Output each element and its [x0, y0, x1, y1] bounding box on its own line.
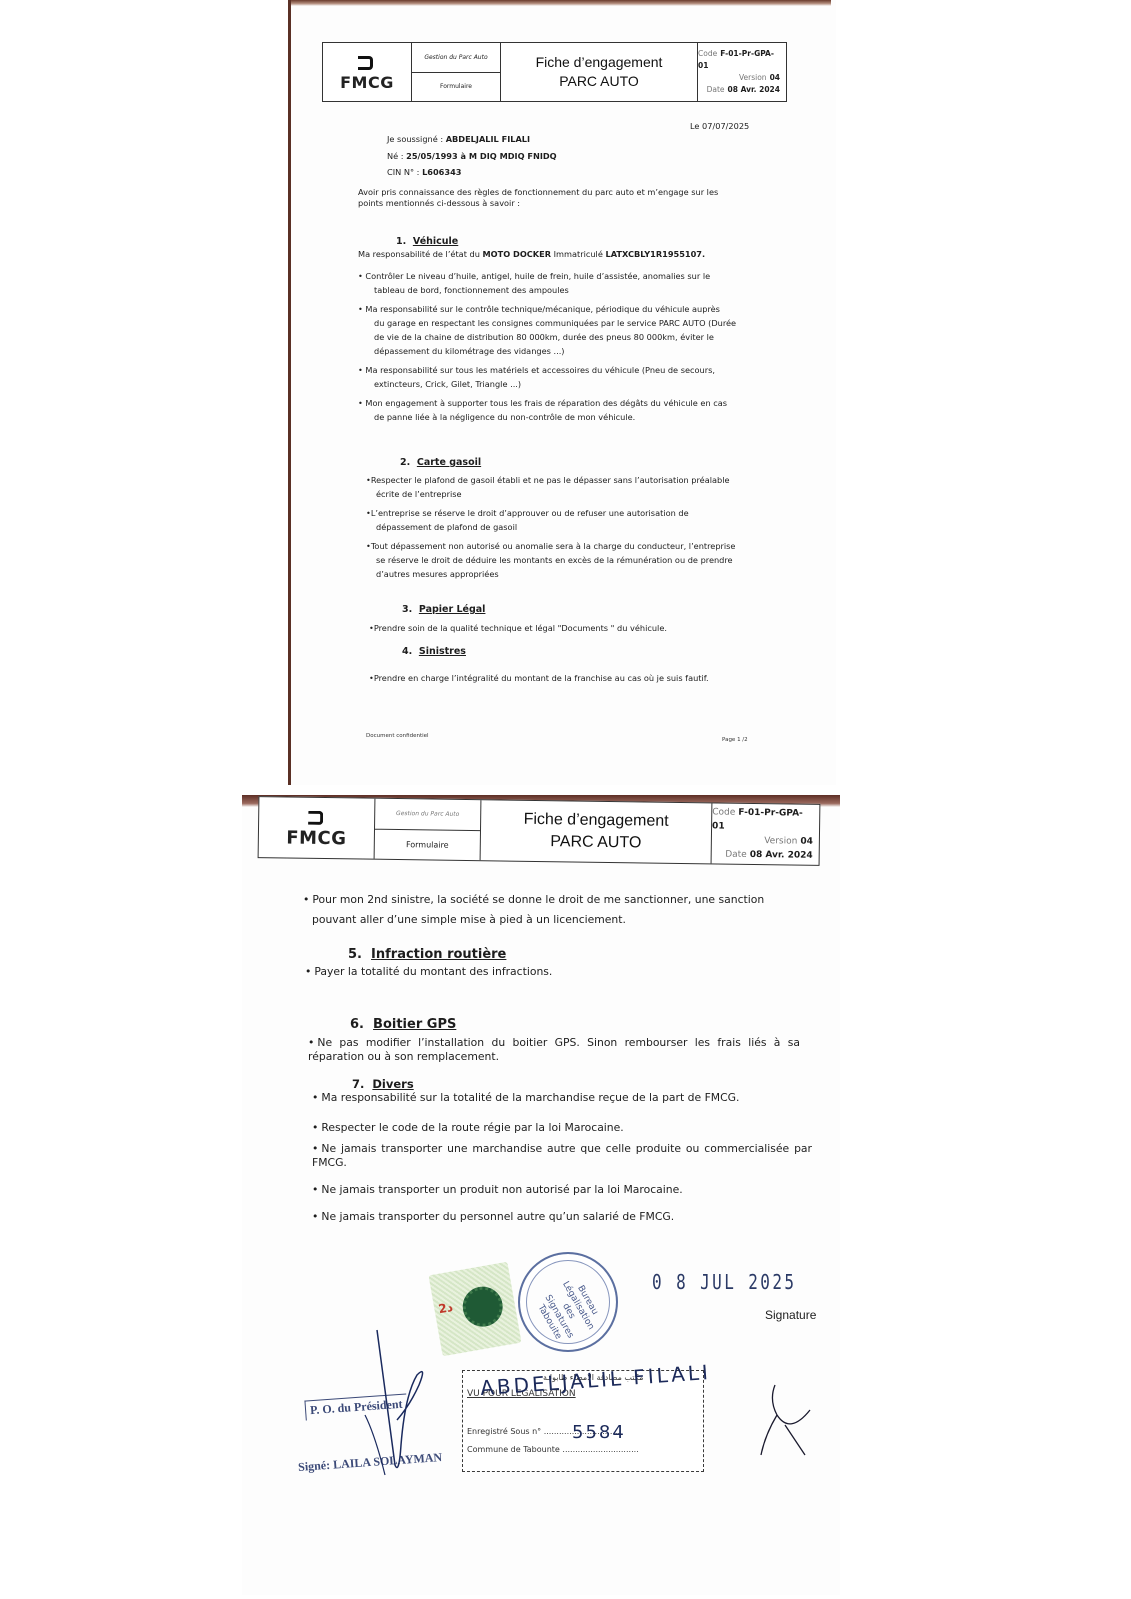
section-title: Divers: [372, 1077, 413, 1091]
bullet-line: extincteurs, Crick, Gilet, Triangle ...): [374, 378, 521, 392]
header-meta: Gestion du Parc Auto Formulaire: [412, 43, 501, 101]
footer-page-number: Page 1 /2: [722, 737, 748, 743]
fmcg-arrow-icon: [358, 53, 376, 69]
cin-label: CIN N° :: [387, 167, 419, 177]
section-7-bullet: Ma responsabilité sur la totalité de la …: [312, 1091, 739, 1105]
bullet-line: •Tout dépassement non autorisé ou anomal…: [366, 540, 735, 554]
bullet-line: • Contrôler Le niveau d’huile, antigel, …: [358, 270, 710, 284]
vehicle-plate: LATXCBLY1R1955107.: [605, 249, 705, 259]
section-number: 3.: [402, 604, 412, 615]
sinistre-continuation-1: Pour mon 2nd sinistre, la société se don…: [303, 893, 764, 907]
bullet-line: du garage en respectant les consignes co…: [374, 317, 736, 331]
section-7-bullet: Ne jamais transporter une marchandise au…: [312, 1142, 812, 1170]
section-title: Boitier GPS: [373, 1017, 456, 1032]
employee-signature: [755, 1380, 825, 1460]
intro-line-2: points mentionnés ci-dessous à savoir :: [358, 197, 520, 211]
section-4-heading: 4. Sinistres: [402, 645, 466, 659]
section-number: 6.: [350, 1017, 364, 1032]
section-title: Papier Légal: [419, 604, 486, 615]
section-number: 2.: [400, 457, 410, 468]
section-title: Infraction routière: [371, 947, 506, 962]
company-name: FMCG: [340, 73, 394, 92]
section-number: 7.: [352, 1077, 364, 1091]
cin-number: L606343: [422, 167, 461, 177]
lead-text: Ma responsabilité de l’état du: [358, 249, 483, 259]
doc-date: 08 Avr. 2024: [728, 85, 780, 94]
document-page-1: [288, 0, 836, 785]
letter-date: Le 07/07/2025: [690, 120, 749, 134]
company-name: FMCG: [286, 827, 346, 849]
bullet-line: dépassement du kilométrage des vidanges …: [374, 345, 565, 359]
section-title: Sinistres: [419, 646, 466, 657]
signature-label: Signature: [765, 1308, 816, 1322]
section-title: Carte gasoil: [417, 457, 481, 468]
bullet-line: écrite de l’entreprise: [376, 488, 462, 502]
doc-codes: CodeF-01-Pr-GPA-01 Version04 Date08 Avr.…: [698, 43, 786, 101]
employee-name: ABDELJALIL FILALI: [446, 134, 530, 144]
date-stamp: 0 8 JUL 2025: [652, 1270, 796, 1294]
bullet-line: d’autres mesures appropriées: [376, 568, 499, 582]
section-6-heading: 6. Boitier GPS: [350, 1018, 456, 1032]
bullet-line: de panne liée à la négligence du non-con…: [374, 411, 635, 425]
date-label: Date: [707, 85, 725, 94]
section-number: 5.: [348, 947, 362, 962]
title-line-1: Fiche d’engagement: [524, 809, 669, 833]
section-7-bullet: Respecter le code de la route régie par …: [312, 1121, 624, 1135]
bullet-line: • Ma responsabilité sur tous les matérie…: [358, 364, 715, 378]
vehicle-model: MOTO DOCKER: [483, 249, 552, 259]
bullet-line: tableau de bord, fonctionnement des ampo…: [374, 284, 569, 298]
company-logo: FMCG: [259, 797, 376, 859]
document-title: Fiche d’engagement PARC AUTO: [481, 800, 713, 863]
page-edge-shadow: [291, 0, 831, 6]
legalisation-round-stamp: Bureau Légalisation des Signatures Tabou…: [518, 1252, 618, 1352]
section-title: Véhicule: [413, 236, 458, 247]
cin-line: CIN N° : L606343: [387, 166, 461, 180]
date-label: Date: [725, 850, 747, 860]
bullet-line: •Prendre soin de la qualité technique et…: [369, 622, 667, 636]
doc-type-label: Formulaire: [412, 72, 500, 102]
page1-header-table: FMCG Gestion du Parc Auto Formulaire Fic…: [322, 42, 787, 102]
handwritten-registration-number: 5584: [572, 1422, 626, 1443]
bullet-line: de vie de la chaine de distribution 80 0…: [374, 331, 714, 345]
commune-label: Commune de Tabounte: [467, 1445, 560, 1454]
footer-confidential: Document confidentiel: [366, 733, 429, 739]
ne-label: Né :: [387, 151, 404, 161]
document-title: Fiche d’engagement PARC AUTO: [501, 43, 698, 101]
president-signature: [355, 1325, 435, 1485]
company-logo: FMCG: [323, 43, 412, 101]
section-1-heading: 1. Véhicule: [396, 235, 458, 249]
fiscal-stamp-value: 2د: [437, 1300, 454, 1316]
doc-version: 04: [770, 73, 780, 82]
enregistre-label: Enregistré Sous n°: [467, 1427, 541, 1436]
section-7-heading: 7. Divers: [352, 1077, 414, 1091]
bullet-line: • Mon engagement à supporter tous les fr…: [358, 397, 727, 411]
doc-codes: CodeF-01-Pr-GPA-01 Version04 Date08 Avr.…: [712, 803, 820, 864]
bullet-line: •Respecter le plafond de gasoil établi e…: [366, 474, 730, 488]
header-meta: Gestion du Parc Auto Formulaire: [375, 799, 482, 860]
soussigne-label: Je soussigné :: [387, 134, 443, 144]
vehicle-lead: Ma responsabilité de l’état du MOTO DOCK…: [358, 248, 705, 262]
lead-text: Immatriculé: [551, 249, 605, 259]
legalisation-commune: Commune de Tabounte ....................…: [467, 1445, 639, 1454]
version-label: Version: [764, 836, 797, 846]
bullet-line: •Prendre en charge l’intégralité du mont…: [369, 672, 709, 686]
code-label: Code: [712, 807, 735, 817]
birth-line: Né : 25/05/1993 à M DIQ MDIQ FNIDQ: [387, 150, 557, 164]
title-line-2: PARC AUTO: [550, 831, 641, 854]
fmcg-arrow-icon: [308, 807, 326, 823]
title-line-1: Fiche d’engagement: [536, 53, 663, 72]
code-label: Code: [698, 49, 717, 58]
section-3-heading: 3. Papier Légal: [402, 603, 485, 617]
soussigne-line: Je soussigné : ABDELJALIL FILALI: [387, 133, 530, 147]
bullet-line: se réserve le droit de déduire les monta…: [376, 554, 733, 568]
bullet-line: •L’entreprise se réserve le droit d’appr…: [366, 507, 689, 521]
section-number: 1.: [396, 236, 406, 247]
sinistre-continuation-2: pouvant aller d’une simple mise à pied à…: [312, 913, 626, 927]
section-5-heading: 5. Infraction routière: [348, 948, 506, 962]
page2-header-table: FMCG Gestion du Parc Auto Formulaire Fic…: [258, 796, 821, 866]
section-2-heading: 2. Carte gasoil: [400, 456, 481, 470]
round-stamp-text: Bureau Légalisation des Signatures Tabou…: [529, 1272, 607, 1351]
birth-info: 25/05/1993 à M DIQ MDIQ FNIDQ: [406, 151, 556, 161]
bullet-line: dépassement de plafond de gasoil: [376, 521, 517, 535]
section-7-bullet: Ne jamais transporter du personnel autre…: [312, 1210, 674, 1224]
section-number: 4.: [402, 646, 412, 657]
fiscal-stamp: 2د: [428, 1262, 521, 1357]
version-label: Version: [739, 73, 767, 82]
department-label: Gestion du Parc Auto: [375, 799, 480, 830]
doc-date: 08 Avr. 2024: [750, 850, 813, 861]
title-line-2: PARC AUTO: [559, 72, 639, 91]
section-6-bullet: Ne pas modifier l’installation du boitie…: [308, 1036, 800, 1064]
section-5-bullet: Payer la totalité du montant des infract…: [305, 965, 552, 979]
star-seal-icon: [460, 1283, 506, 1329]
section-7-bullet: Ne jamais transporter un produit non aut…: [312, 1183, 683, 1197]
doc-version: 04: [800, 837, 813, 847]
bullet-line: • Ma responsabilité sur le contrôle tech…: [358, 303, 720, 317]
doc-type-label: Formulaire: [375, 828, 480, 860]
department-label: Gestion du Parc Auto: [412, 43, 500, 72]
